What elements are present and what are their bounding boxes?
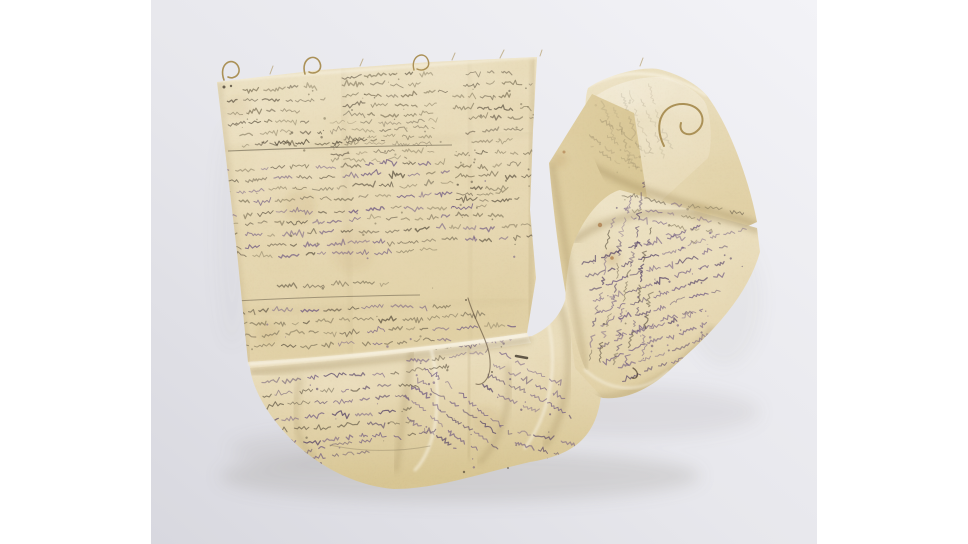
page: Handwritten letter on a piece of cream f…: [0, 0, 968, 544]
photo-of-cloth-letter: Handwritten letter on a piece of cream f…: [0, 0, 968, 544]
